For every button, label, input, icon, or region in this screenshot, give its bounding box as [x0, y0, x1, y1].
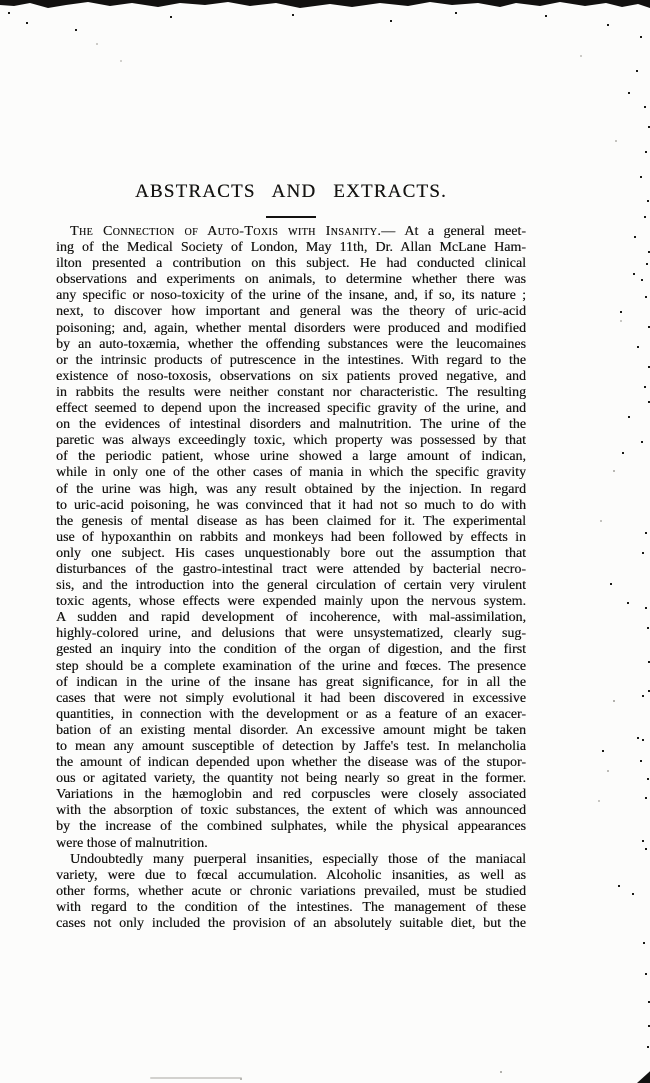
page-title: ABSTRACTS AND EXTRACTS.: [56, 181, 526, 203]
text-line: the amount of indican depended upon whet…: [56, 755, 526, 771]
text-line: next, to discover how important and gene…: [56, 304, 526, 320]
text-line: use of hypoxanthin on rabbits and monkey…: [56, 530, 526, 546]
paragraph: The Connection of Auto-Toxis with Insani…: [56, 224, 526, 852]
text-line: other forms, whether acute or chronic va…: [56, 884, 526, 900]
text-line: step should be a complete examination of…: [56, 659, 526, 675]
text-line: highly-colored urine, and delusions that…: [56, 626, 526, 642]
text-line: gested an inquiry into the condition of …: [56, 642, 526, 658]
text-line: cases that were not simply evolutional i…: [56, 691, 526, 707]
scanned-page: ABSTRACTS AND EXTRACTS. The Connection o…: [0, 0, 650, 1083]
text-line: or the intrinsic products of putrescence…: [56, 353, 526, 369]
text-line: quantities, in connection with the devel…: [56, 707, 526, 723]
scan-specks-faint: [0, 0, 2, 2]
text-line: Variations in the hæmoglobin and red cor…: [56, 787, 526, 803]
text-line: of the urine was high, was any result ob…: [56, 482, 526, 498]
text-line: by an auto-toxæmia, whether the offendin…: [56, 337, 526, 353]
text-line: of the periodic patient, whose urine sho…: [56, 449, 526, 465]
text-line: by the increase of the combined sulphate…: [56, 819, 526, 835]
text-line: effect seemed to depend upon the increas…: [56, 401, 526, 417]
text-line: paretic was always exceedingly toxic, wh…: [56, 433, 526, 449]
text-line: A sudden and rapid development of incohe…: [56, 610, 526, 626]
text-line: variety, were due to fœcal accumulation.…: [56, 868, 526, 884]
text-line: the genesis of mental disease as has bee…: [56, 514, 526, 530]
text-line: cases not only included the provision of…: [56, 916, 526, 932]
text-line: observations and experiments on animals,…: [56, 272, 526, 288]
text-line: disturbances of the gastro-intestinal tr…: [56, 562, 526, 578]
scan-artifact-top-edge: [0, 0, 650, 12]
text-line: Undoubtedly many puerperal insanities, e…: [56, 852, 526, 868]
text-line: existence of noso-toxosis, observations …: [56, 369, 526, 385]
scan-artifact-bottom-streak: [150, 1077, 242, 1079]
text-line: sis, and the introduction into the gener…: [56, 578, 526, 594]
text-line: bation of an existing mental disorder. A…: [56, 723, 526, 739]
article-lead-heading: The Connection of Auto-Toxis with Insani…: [70, 224, 396, 239]
text-line: with regard to the condition of the inte…: [56, 900, 526, 916]
text-line: of indican in the urine of the insane ha…: [56, 675, 526, 691]
body-text: The Connection of Auto-Toxis with Insani…: [56, 224, 526, 932]
text-line: ilton presented a contribution on this s…: [56, 256, 526, 272]
paragraph: Undoubtedly many puerperal insanities, e…: [56, 852, 526, 932]
text-line: any specific or noso-toxicity of the uri…: [56, 288, 526, 304]
text-line: toxic agents, whose effects were expende…: [56, 594, 526, 610]
scan-artifact-corner-mark: [637, 1070, 650, 1083]
text-line: on the evidences of intestinal disorders…: [56, 417, 526, 433]
text-line: ous or agitated variety, the quantity no…: [56, 771, 526, 787]
text-line: were those of malnutrition.: [56, 836, 526, 852]
text-line: ing of the Medical Society of London, Ma…: [56, 240, 526, 256]
title-divider-rule: [266, 216, 316, 218]
text-line: The Connection of Auto-Toxis with Insani…: [56, 224, 526, 240]
text-line: while in only one of the other cases of …: [56, 465, 526, 481]
text-line: to mean any amount susceptible of detect…: [56, 739, 526, 755]
text-line: only one subject. His cases unquestionab…: [56, 546, 526, 562]
text-line: with the absorption of toxic substances,…: [56, 803, 526, 819]
text-line: in rabbits the results were neither cons…: [56, 385, 526, 401]
text-line: poisoning; and, again, whether mental di…: [56, 321, 526, 337]
text-line: to uric-acid poisoning, he was convinced…: [56, 498, 526, 514]
